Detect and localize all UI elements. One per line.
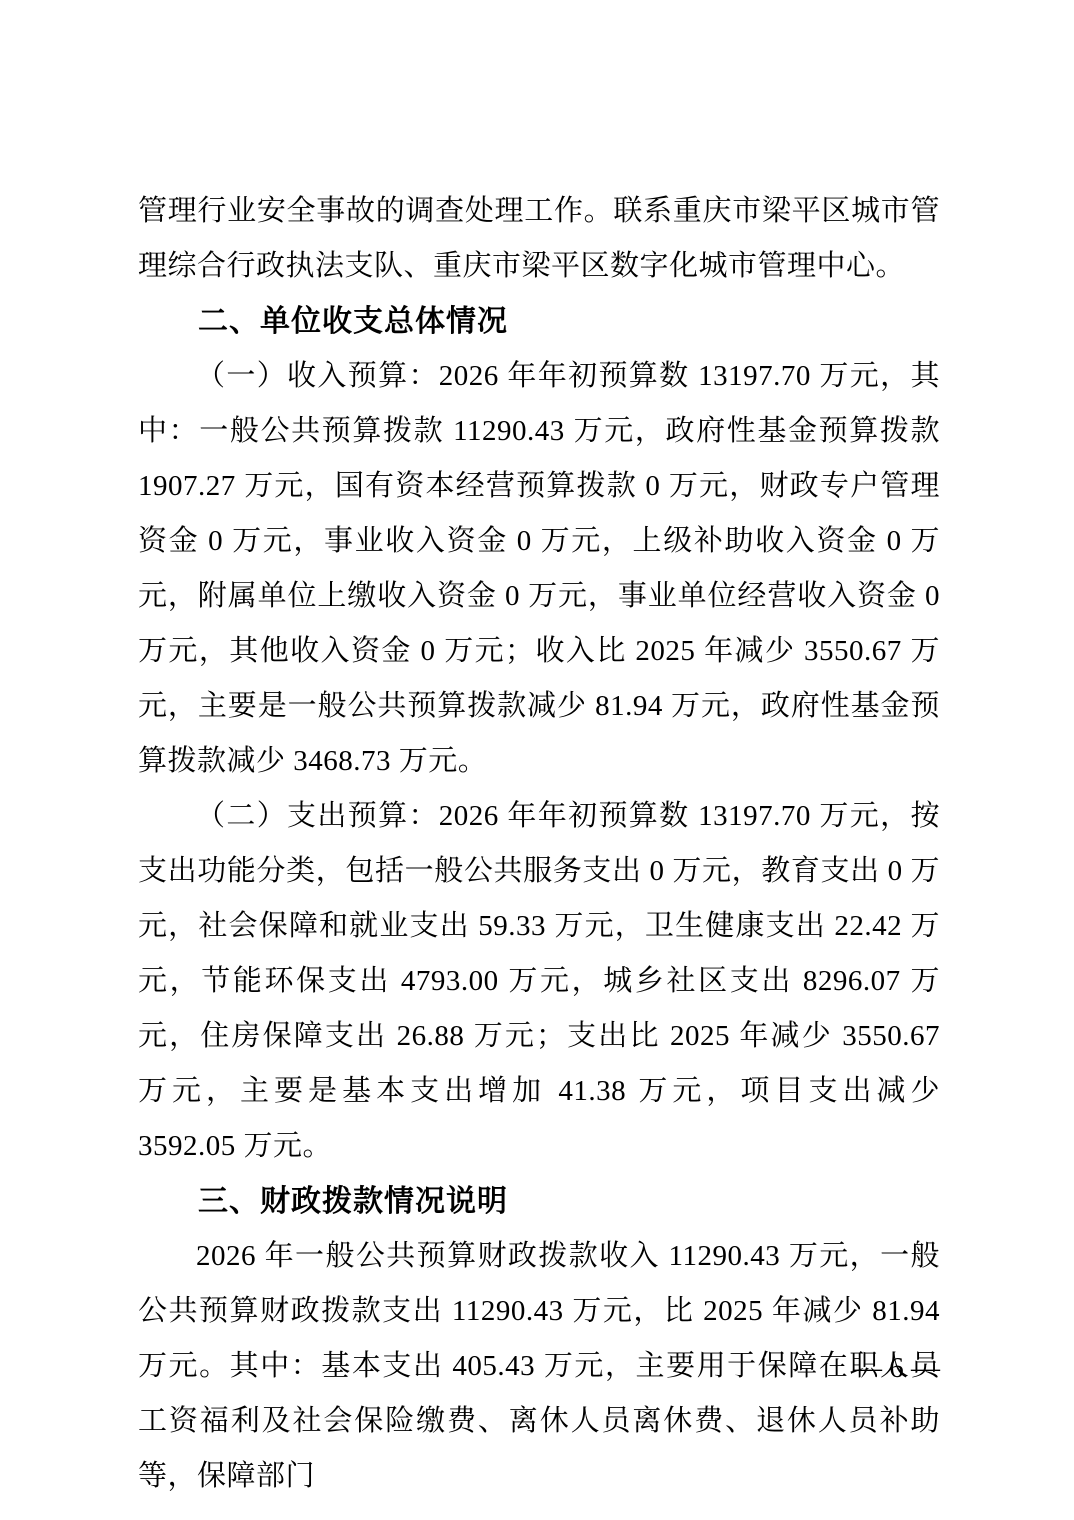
page-footer: — 6 — <box>138 1348 940 1388</box>
paragraph-expenditure-budget: （二）支出预算：2026 年年初预算数 13197.70 万元，按支出功能分类，… <box>138 789 940 1174</box>
section-heading-2: 二、单位收支总体情况 <box>138 294 940 349</box>
section-heading-3: 三、财政拨款情况说明 <box>138 1174 940 1229</box>
paragraph-continued-from-previous-page: 管理行业安全事故的调查处理工作。联系重庆市梁平区城市管理综合行政执法支队、重庆市… <box>138 184 940 294</box>
paragraph-income-budget: （一）收入预算：2026 年年初预算数 13197.70 万元，其中：一般公共预… <box>138 349 940 789</box>
document-page: 管理行业安全事故的调查处理工作。联系重庆市梁平区城市管理综合行政执法支队、重庆市… <box>0 0 1074 1520</box>
document-body: 管理行业安全事故的调查处理工作。联系重庆市梁平区城市管理综合行政执法支队、重庆市… <box>138 184 940 1504</box>
page-number: — 6 — <box>853 1352 940 1384</box>
